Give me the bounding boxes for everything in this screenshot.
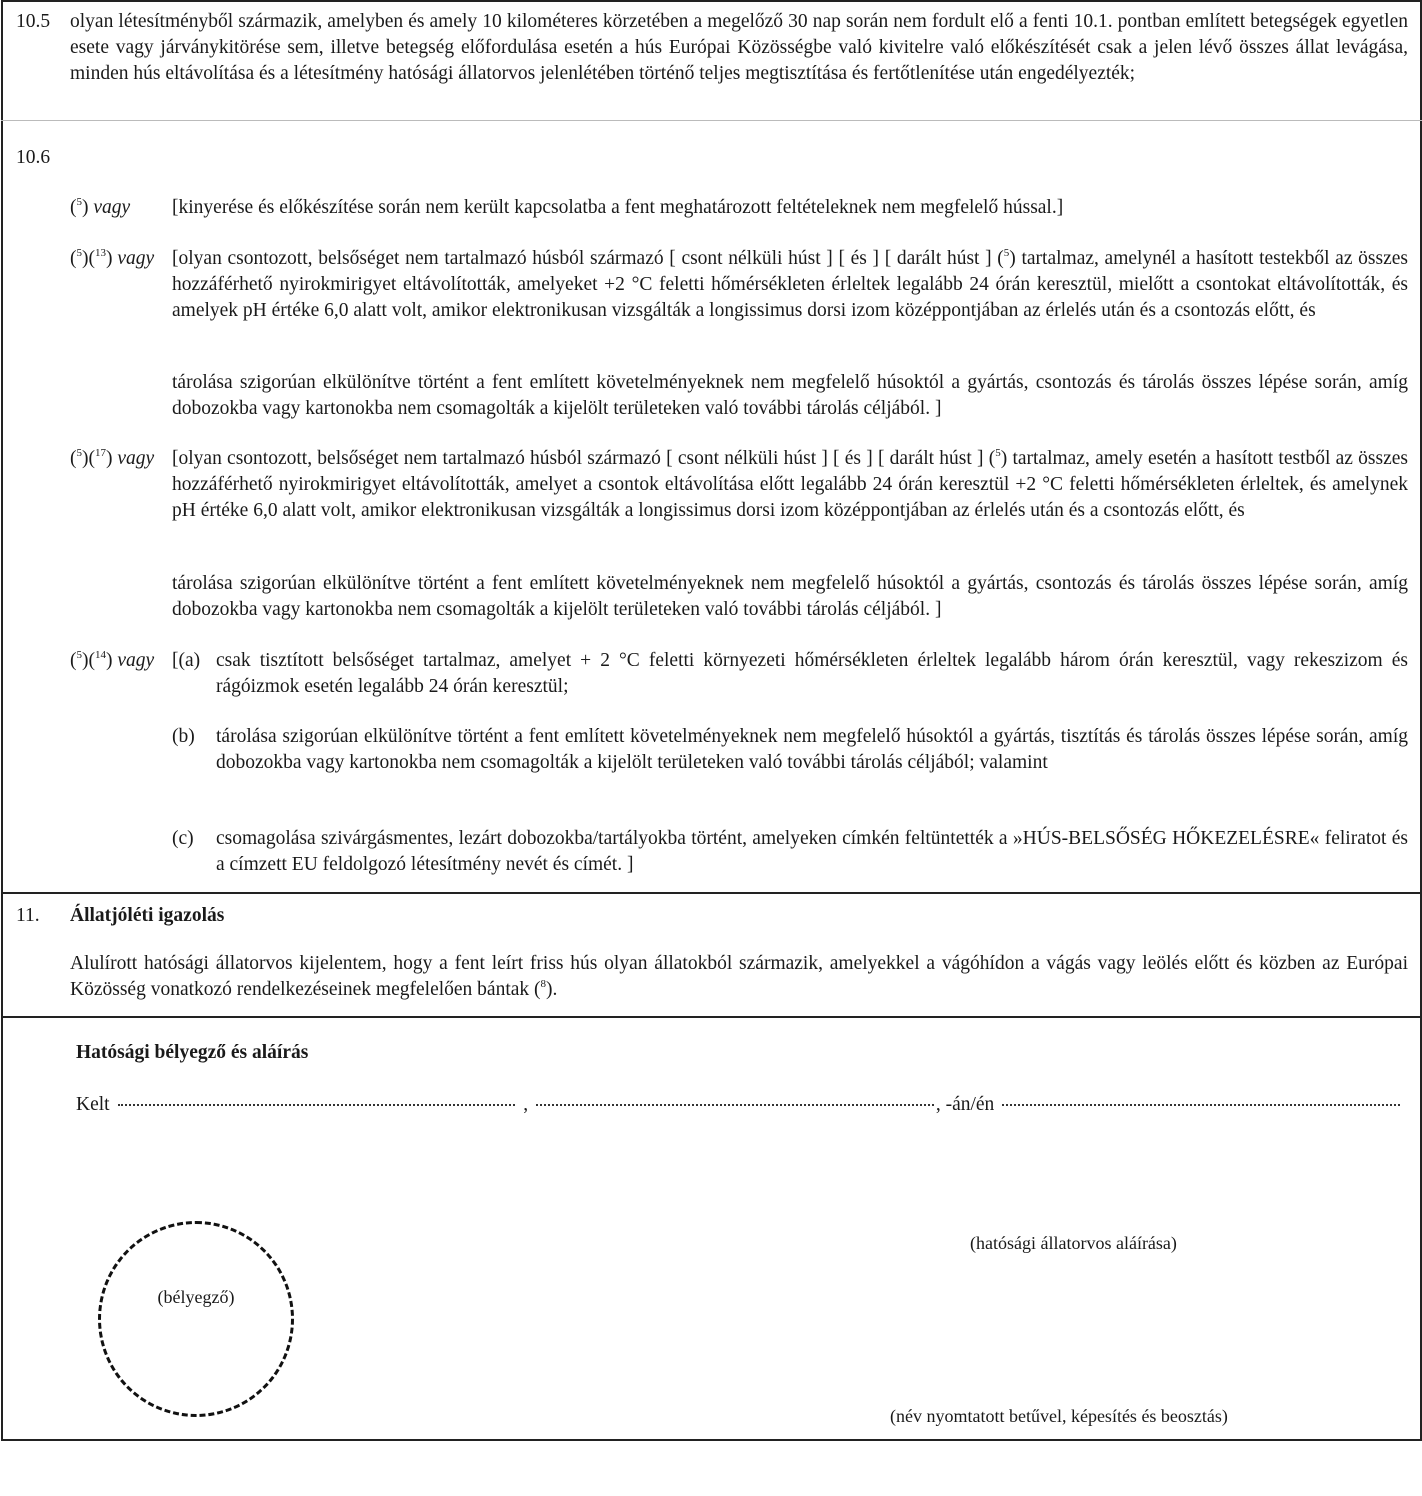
item-text: csak tisztított belsőséget tartalmaz, am… — [216, 648, 1408, 700]
place-field[interactable] — [118, 1104, 516, 1106]
kelt-label: Kelt — [76, 1092, 110, 1118]
name-caption: (név nyomtatott betűvel, képesítés és be… — [890, 1403, 1228, 1429]
option-text: tárolása szigorúan elkülönítve történt a… — [172, 571, 1408, 623]
stamp-label: (bélyegző) — [101, 1284, 291, 1310]
option-text: [olyan csontozott, belsőséget nem tartal… — [172, 446, 1408, 524]
section-text: olyan létesítményből származik, amelyben… — [70, 9, 1408, 87]
comma: , — [523, 1092, 528, 1118]
date-suffix: , -án/én — [936, 1092, 994, 1118]
item-text: csomagolása szivárgásmentes, lezárt dobo… — [216, 826, 1408, 878]
section-number: 11. — [16, 903, 40, 929]
vet-signature-caption: (hatósági állatorvos aláírása) — [970, 1230, 1177, 1256]
option-text: tárolása szigorúan elkülönítve történt a… — [172, 370, 1408, 422]
section-text: Alulírott hatósági állatorvos kijelentem… — [70, 951, 1408, 1003]
divider — [1, 1016, 1422, 1018]
option-label: (5) vagy — [70, 195, 130, 221]
divider — [1, 892, 1422, 894]
item-text: tárolása szigorúan elkülönítve történt a… — [216, 724, 1408, 776]
item-label: [(a) — [172, 648, 200, 674]
option-text: [olyan csontozott, belsőséget nem tartal… — [172, 246, 1408, 324]
date-place-row: Kelt , , -án/én — [76, 1092, 1408, 1118]
date-field[interactable] — [536, 1104, 934, 1106]
signature-title: Hatósági bélyegző és aláírás — [76, 1040, 308, 1066]
option-label: (5)(14) vagy — [70, 648, 154, 674]
option-label: (5)(17) vagy — [70, 446, 154, 472]
section-number: 10.6 — [16, 145, 50, 171]
option-label: (5)(13) vagy — [70, 246, 154, 272]
item-label: (c) — [172, 826, 194, 852]
date-extra-field[interactable] — [1002, 1104, 1400, 1106]
stamp-circle: (bélyegző) — [98, 1221, 294, 1417]
bottom-border — [1, 1439, 1422, 1441]
item-label: (b) — [172, 724, 195, 750]
option-text: [kinyerése és előkészítése során nem ker… — [172, 195, 1408, 221]
section-number: 10.5 — [16, 9, 50, 35]
section-title: Állatjóléti igazolás — [70, 903, 1408, 929]
divider — [1, 120, 1422, 121]
